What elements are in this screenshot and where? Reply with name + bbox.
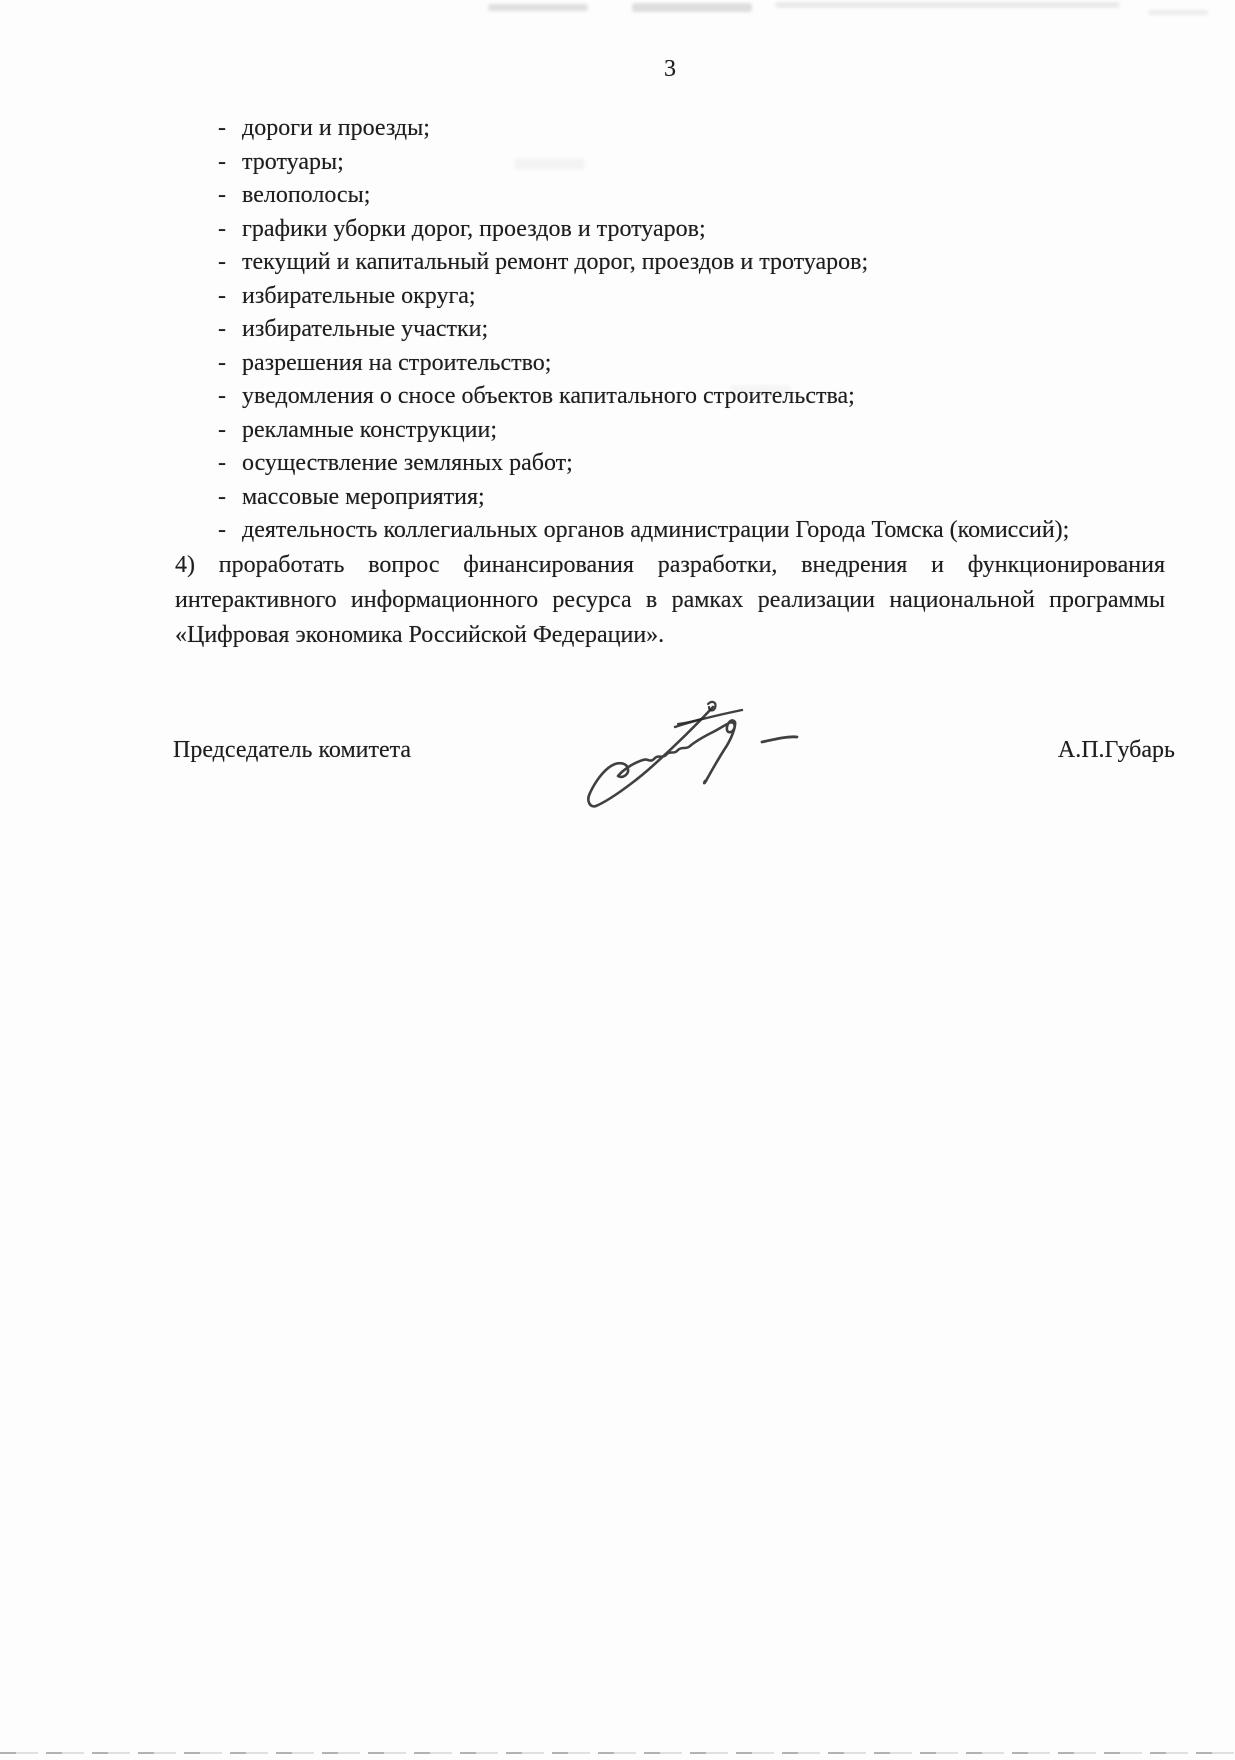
scan-bleed-artifact [488,4,588,11]
bullet-list: - дороги и проезды; - тротуары; - велопо… [218,112,1193,548]
list-item-text: велополосы; [242,179,370,213]
list-bullet: - [218,514,242,548]
list-item: - избирательные округа; [218,280,1193,314]
list-bullet: - [218,213,242,247]
list-item-text: тротуары; [242,146,344,180]
list-item-text: разрешения на строительство; [242,347,551,381]
list-bullet: - [218,347,242,381]
list-item-text: текущий и капитальный ремонт дорог, прое… [242,246,868,280]
list-bullet: - [218,280,242,314]
list-item: - графики уборки дорог, проездов и троту… [218,213,1193,247]
scan-bleed-artifact [632,3,752,12]
clause-4-paragraph: 4) проработать вопрос финансирования раз… [175,548,1165,653]
scan-bleed-artifact [775,2,1120,8]
list-bullet: - [218,481,242,515]
list-bullet: - [218,447,242,481]
list-item-text: массовые мероприятия; [242,481,485,515]
paragraph-line: 4) проработать вопрос финансирования раз… [175,548,1165,583]
scan-bleed-artifact [1148,10,1208,15]
list-item-text: уведомления о сносе объектов капитальног… [242,380,855,414]
scan-edge-artifact [0,1752,1235,1754]
list-item: - рекламные конструкции; [218,414,1193,448]
list-item-text: рекламные конструкции; [242,414,497,448]
list-bullet: - [218,112,242,146]
list-bullet: - [218,146,242,180]
list-item-text: деятельность коллегиальных органов админ… [242,514,1069,548]
list-item: - велополосы; [218,179,1193,213]
list-item-text: избирательные участки; [242,313,488,347]
list-item: - избирательные участки; [218,313,1193,347]
list-item: - массовые мероприятия; [218,481,1193,515]
page-number: 3 [175,56,1165,83]
list-item: - текущий и капитальный ремонт дорог, пр… [218,246,1193,280]
list-item-text: графики уборки дорог, проездов и тротуар… [242,213,706,247]
list-item: - осуществление земляных работ; [218,447,1193,481]
list-bullet: - [218,313,242,347]
list-item-text: дороги и проезды; [242,112,430,146]
list-item: - тротуары; [218,146,1193,180]
list-bullet: - [218,380,242,414]
list-item-text: осуществление земляных работ; [242,447,573,481]
paragraph-line: «Цифровая экономика Российской Федерации… [175,618,1165,653]
list-item-text: избирательные округа; [242,280,476,314]
document-page: 3 - дороги и проезды; - тротуары; - вело… [0,0,1235,1760]
list-item: - разрешения на строительство; [218,347,1193,381]
list-bullet: - [218,414,242,448]
list-bullet: - [218,179,242,213]
list-bullet: - [218,246,242,280]
paragraph-line: интерактивного информационного ресурса в… [175,583,1165,618]
signatory-name: А.П.Губарь [175,737,1175,764]
list-item: - уведомления о сносе объектов капитальн… [218,380,1193,414]
list-item: - деятельность коллегиальных органов адм… [218,514,1193,548]
list-item: - дороги и проезды; [218,112,1193,146]
